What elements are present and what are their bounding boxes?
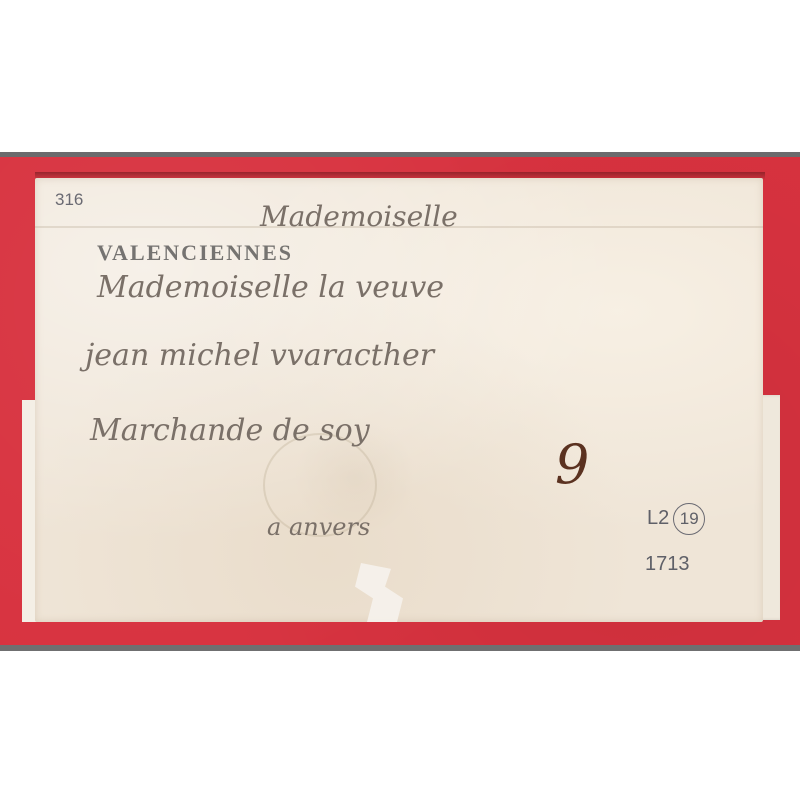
inventory-number: 316	[55, 190, 83, 210]
address-line-4: Marchande de soy	[90, 413, 370, 448]
pencil-circled-number: 19	[673, 503, 705, 535]
paper-tear	[355, 563, 415, 622]
postmark-stamp: VALENCIENNES	[97, 240, 293, 266]
address-line-1: Mademoiselle	[260, 200, 458, 233]
letter-cover: 316 VALENCIENNES Mademoiselle Mademoisel…	[35, 178, 763, 622]
address-line-3: jean michel vvaracther	[85, 338, 434, 373]
address-line-2: Mademoiselle la veuve	[97, 270, 444, 305]
pencil-year: 1713	[645, 553, 690, 576]
bottom-gray-strip	[0, 645, 800, 651]
pencil-reference: L219	[647, 503, 705, 535]
pencil-ref-code: L2	[647, 507, 669, 529]
postage-rate-mark: 9	[555, 433, 589, 496]
address-line-5: a anvers	[267, 513, 370, 541]
